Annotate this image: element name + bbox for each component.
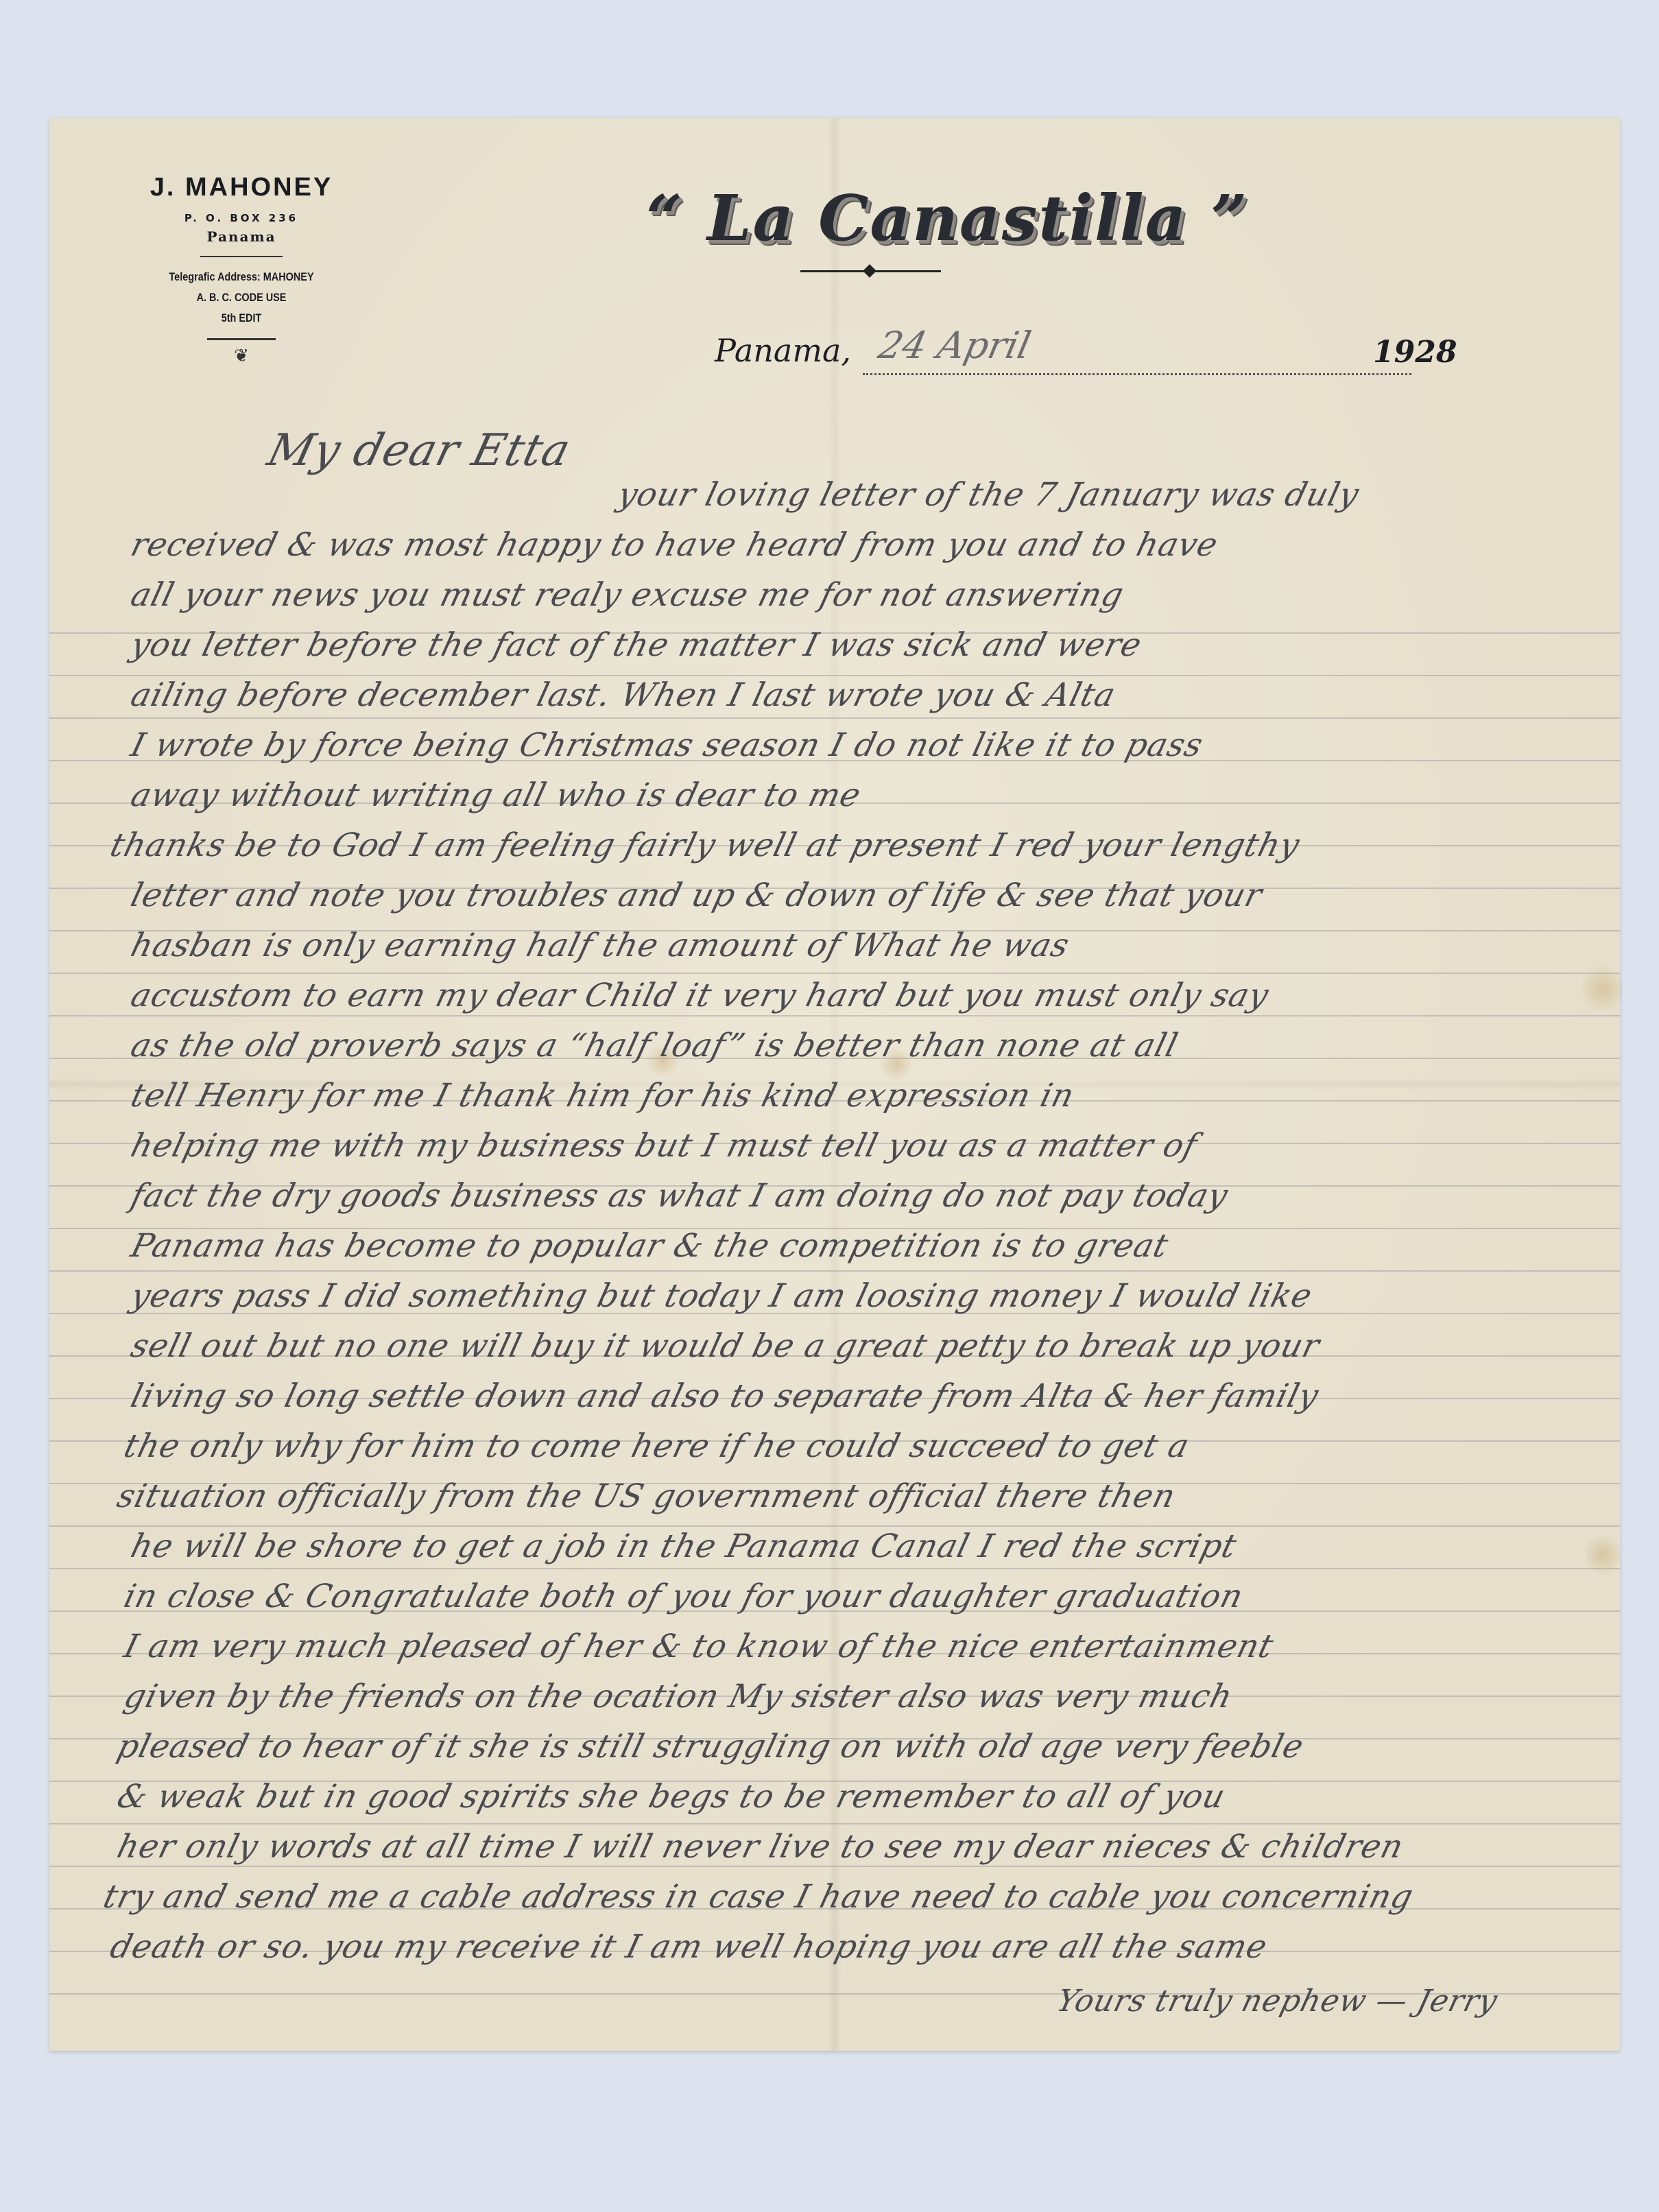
- letter-paper: J. MAHONEY P. O. BOX 236 Panama Telegraf…: [49, 118, 1620, 2051]
- letter-line: received & was most happy to have heard …: [127, 525, 1223, 566]
- date-dotted-line: [863, 373, 1411, 375]
- letter-line: you letter before the fact of the matter…: [127, 625, 1147, 666]
- code-use: A. B. C. CODE USE: [143, 287, 341, 308]
- brand-ornamental-rule: [800, 270, 941, 272]
- sender-city: Panama: [125, 228, 358, 245]
- letter-line: hasban is only earning half the amount o…: [127, 925, 1074, 966]
- paper-stain: [1582, 962, 1623, 1016]
- edition: 5th EDIT: [143, 308, 341, 329]
- salutation: My dear Etta: [263, 425, 576, 476]
- brand-title: “ La Canastilla ”: [646, 181, 1248, 255]
- floral-ornament-icon: ❦: [125, 346, 358, 366]
- letter-line: fact the dry goods business as what I am…: [127, 1176, 1232, 1217]
- letter-line: I am very much pleased of her & to know …: [120, 1626, 1278, 1667]
- letter-line: years pass I did something but today I a…: [127, 1276, 1317, 1317]
- date-year: 1928: [1373, 335, 1457, 370]
- divider: [207, 338, 276, 340]
- letter-line: accustom to earn my dear Child it very h…: [127, 975, 1274, 1016]
- letter-line: I wrote by force being Christmas season …: [127, 725, 1208, 766]
- letter-line: try and send me a cable address in case …: [99, 1877, 1418, 1918]
- letter-line: situation officially from the US governm…: [113, 1476, 1180, 1517]
- sender-name: J. MAHONEY: [125, 173, 358, 202]
- letter-line: all your news you must realy excuse me f…: [127, 575, 1128, 616]
- letter-line: tell Henry for me I thank him for his ki…: [127, 1075, 1079, 1117]
- letter-line: as the old proverb says a “half loaf” is…: [127, 1025, 1183, 1067]
- letter-line: letter and note you troubles and up & do…: [127, 875, 1267, 916]
- letter-line: the only why for him to come here if he …: [120, 1426, 1194, 1467]
- dateline: Panama, 24 April 1928: [715, 324, 1448, 385]
- handwritten-date: 24 April: [874, 324, 1034, 367]
- letter-line: sell out but no one will buy it would be…: [127, 1326, 1324, 1367]
- divider: [200, 256, 283, 257]
- letter-line: living so long settle down and also to s…: [127, 1376, 1324, 1417]
- po-box: P. O. BOX 236: [125, 212, 358, 224]
- telegraphic-address: Telegrafic Address: MAHONEY: [143, 267, 341, 287]
- letter-line: & weak but in good spirits she begs to b…: [113, 1776, 1230, 1818]
- letter-line: away without writing all who is dear to …: [127, 775, 866, 816]
- letter-line: helping me with my business but I must t…: [127, 1126, 1202, 1167]
- letter-line: pleased to hear of it she is still strug…: [113, 1726, 1309, 1768]
- letter-line: death or so. you my receive it I am well…: [106, 1927, 1272, 1968]
- letter-line: thanks be to God I am feeling fairly wel…: [106, 825, 1304, 866]
- letter-line: ailing before december last. When I last…: [127, 675, 1121, 716]
- letter-line: he will be shore to get a job in the Pan…: [127, 1526, 1241, 1567]
- letter-line: your loving letter of the 7 January was …: [614, 475, 1364, 516]
- date-place: Panama,: [715, 332, 851, 369]
- letter-line: her only words at all time I will never …: [113, 1827, 1408, 1868]
- letterhead-sender-block: J. MAHONEY P. O. BOX 236 Panama Telegraf…: [125, 173, 358, 366]
- paper-stain: [1586, 1531, 1620, 1579]
- letter-line: Panama has become to popular & the compe…: [127, 1226, 1173, 1267]
- letter-line: in close & Congratulate both of you for …: [120, 1576, 1248, 1617]
- letter-line: given by the friends on the ocation My s…: [120, 1676, 1237, 1717]
- signoff: Yours truly nephew — Jerry: [1053, 1984, 1501, 2019]
